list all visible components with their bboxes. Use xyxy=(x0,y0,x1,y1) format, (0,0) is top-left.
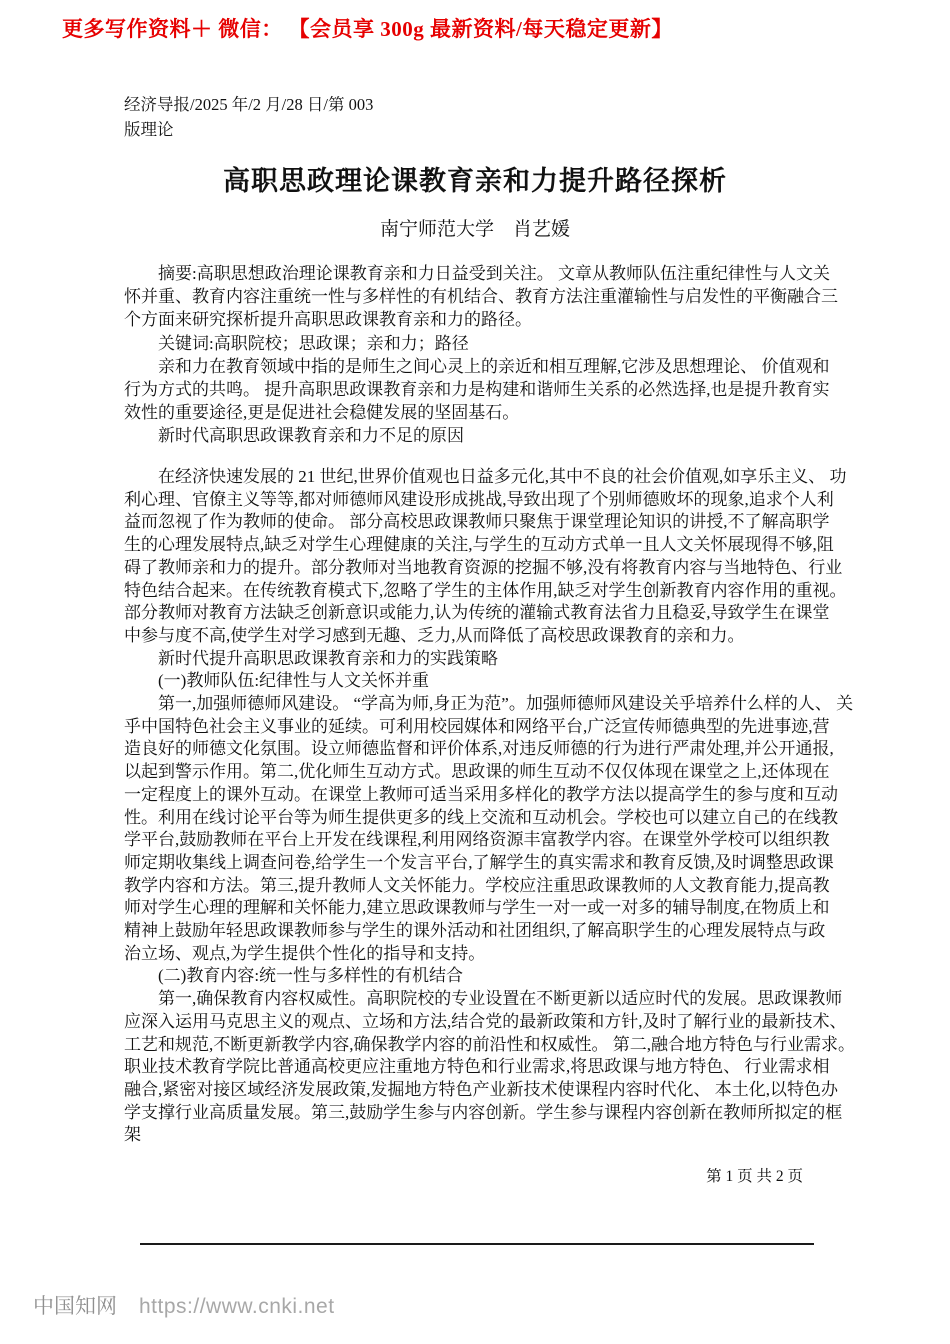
body-line: 生的心理发展特点,缺乏对学生心理健康的关注,与学生的互动方式单一且人文关怀展现得… xyxy=(124,534,840,557)
body-line: 学平台,鼓励教师在平台上开发在线课程,利用网络资源丰富教学内容。在课堂外学校可以… xyxy=(124,829,840,852)
body-line: 架 xyxy=(124,1124,840,1147)
body-line: 造良好的师德文化氛围。设立师德监督和评价体系,对违反师德的行为进行严肃处理,并公… xyxy=(124,738,840,761)
intro-line: 行为方式的共鸣。 提升高职思政课教育亲和力是构建和谐师生关系的必然选择,也是提升… xyxy=(124,378,836,401)
body-line: 利心理、官僚主义等等,都对师德师风建设形成挑战,导致出现了个别师德败坏的现象,追… xyxy=(124,489,840,512)
body-line: 精神上鼓励年轻思政课教师参与学生的课外活动和社团组织,了解高职学生的心理发展特点… xyxy=(124,920,840,943)
article-byline: 南宁师范大学 肖艺媛 xyxy=(0,214,950,241)
section-heading-line: 新时代提升高职思政课教育亲和力的实践策略 xyxy=(124,648,840,671)
subsection-heading-line: (一)教师队伍:纪律性与人文关怀并重 xyxy=(124,670,840,693)
body-line: 师定期收集线上调查问卷,给学生一个发言平台,了解学生的真实需求和教育反馈,及时调… xyxy=(124,852,840,875)
journal-section-line: 版理论 xyxy=(124,117,373,142)
body-line: 碍了教师亲和力的提升。部分教师对当地教育资源的挖掘不够,没有将教育内容与当地特色… xyxy=(124,557,840,580)
body-line: 工艺和规范,不断更新教学内容,确保教学内容的前沿性和权威性。 第二,融合地方特色… xyxy=(124,1034,840,1057)
body-line: 学支撑行业高质量发展。第三,鼓励学生参与内容创新。学生参与课程内容创新在教师所拟… xyxy=(124,1102,840,1125)
body-line: 教学内容和方法。第三,提升教师人文关怀能力。学校应注重思政课教师的人文教育能力,… xyxy=(124,875,840,898)
body-line: 中参与度不高,使学生对学习感到无趣、乏力,从而降低了高校思政课教育的亲和力。 xyxy=(124,625,840,648)
document-page: 更多写作资料＋ 微信： 【会员享 300g 最新资料/每天稳定更新】 经济导报/… xyxy=(0,0,950,1344)
journal-masthead: 经济导报/2025 年/2 月/28 日/第 003 版理论 xyxy=(124,92,373,142)
body-line: 一定程度上的课外互动。在课堂上教师可适当采用多样化的教学方法以提高学生的参与度和… xyxy=(124,784,840,807)
cnki-logo-text: 中国知网 xyxy=(33,1295,117,1318)
body-line: 第一,加强师德师风建设。 “学高为师,身正为范”。加强师德师风建设关乎培养什么样… xyxy=(124,693,840,716)
body-line: 性。利用在线讨论平台等为师生提供更多的线上交流和互动机会。学校也可以建立自己的在… xyxy=(124,807,840,830)
intro-line: 亲和力在教育领域中指的是师生之间心灵上的亲近和相互理解,它涉及思想理论、 价值观… xyxy=(124,355,836,378)
page-indicator: 第 1 页 共 2 页 xyxy=(706,1164,803,1186)
cnki-watermark: 中国知网https://www.cnki.net xyxy=(33,1290,335,1320)
body-line: 融合,紧密对接区域经济发展政策,发掘地方特色产业新技术使课程内容时代化、 本土化… xyxy=(124,1079,840,1102)
article-title: 高职思政理论课教育亲和力提升路径探析 xyxy=(0,159,950,198)
body-line: 治立场、观点,为学生提供个性化的指导和支持。 xyxy=(124,943,840,966)
body-line: 以起到警示作用。第二,优化师生互动方式。思政课的师生互动不仅仅体现在课堂之上,还… xyxy=(124,761,840,784)
abstract-keywords-block: 摘要:高职思想政治理论课教育亲和力日益受到关注。 文章从教师队伍注重纪律性与人文… xyxy=(124,262,836,448)
body-line: 乎中国特色社会主义事业的延续。可利用校园媒体和网络平台,广泛宣传师德典型的先进事… xyxy=(124,716,840,739)
body-line: 师对学生心理的理解和关怀能力,建立思政课教师与学生一对一或一对多的辅导制度,在物… xyxy=(124,897,840,920)
body-line: 特色结合起来。在传统教育模式下,忽略了学生的主体作用,缺乏对学生创新教育内容作用… xyxy=(124,580,840,603)
article-body-block: 在经济快速发展的 21 世纪,世界价值观也日益多元化,其中不良的社会价值观,如享… xyxy=(124,466,840,1147)
abstract-line: 摘要:高职思想政治理论课教育亲和力日益受到关注。 文章从教师队伍注重纪律性与人文… xyxy=(124,262,836,285)
body-line: 益而忽视了作为教师的使命。 部分高校思政课教师只聚焦于课堂理论知识的讲授,不了解… xyxy=(124,511,840,534)
body-line: 职业技术教育学院比普通高校更应注重地方特色和行业需求,将思政课与地方特色、 行业… xyxy=(124,1056,840,1079)
abstract-line: 个方面来研究探析提升高职思政课教育亲和力的路径。 xyxy=(124,308,836,331)
promo-banner-text: 更多写作资料＋ 微信： 【会员享 300g 最新资料/每天稳定更新】 xyxy=(62,13,673,43)
body-line: 在经济快速发展的 21 世纪,世界价值观也日益多元化,其中不良的社会价值观,如享… xyxy=(124,466,840,489)
body-line: 第一,确保教育内容权威性。高职院校的专业设置在不断更新以适应时代的发展。思政课教… xyxy=(124,988,840,1011)
intro-line: 效性的重要途径,更是促进社会稳健发展的坚固基石。 xyxy=(124,401,836,424)
journal-issue-line: 经济导报/2025 年/2 月/28 日/第 003 xyxy=(124,92,373,117)
section-heading-line: 新时代高职思政课教育亲和力不足的原因 xyxy=(124,424,836,447)
footer-divider-line xyxy=(140,1243,814,1245)
body-line: 应深入运用马克思主义的观点、立场和方法,结合党的最新政策和方针,及时了解行业的最… xyxy=(124,1011,840,1034)
keywords-line: 关键词:高职院校；思政课；亲和力；路径 xyxy=(124,332,836,355)
subsection-heading-line: (二)教育内容:统一性与多样性的有机结合 xyxy=(124,965,840,988)
cnki-url-text: https://www.cnki.net xyxy=(139,1295,335,1318)
abstract-line: 怀并重、教育内容注重统一性与多样性的有机结合、教育方法注重灌输性与启发性的平衡融… xyxy=(124,285,836,308)
body-line: 部分教师对教育方法缺乏创新意识或能力,认为传统的灌输式教育法省力且稳妥,导致学生… xyxy=(124,602,840,625)
